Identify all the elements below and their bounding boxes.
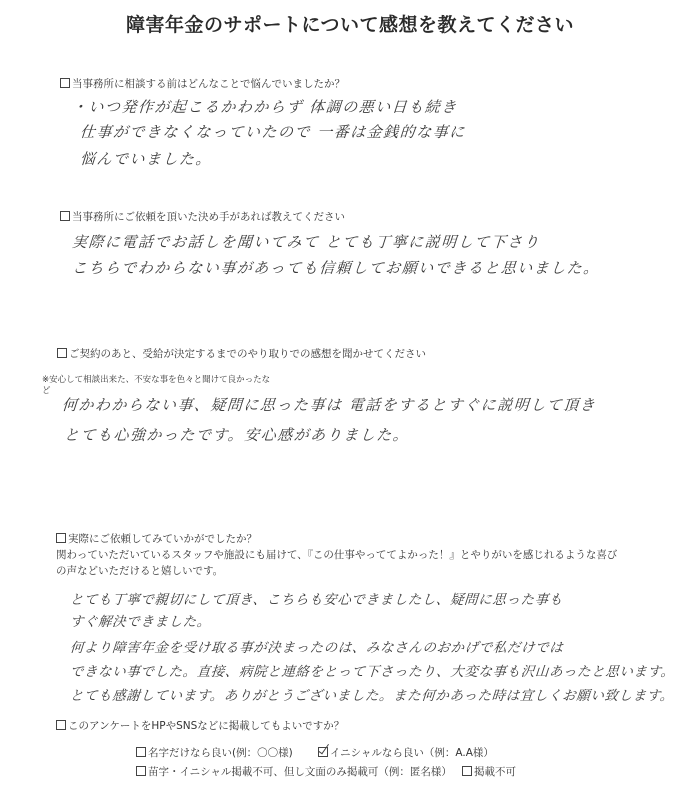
option-text-only[interactable]: 苗字・イニシャル掲載不可、但し文面のみ掲載可（例：匿名様） (136, 764, 452, 779)
answer-2-line-2: こちらでわからない事があっても信頼してお願いできると思いました。 (71, 257, 600, 278)
answer-4-line-1: とても丁寧で親切にして頂き、こちらも安心できましたし、疑問に思った事も (69, 588, 563, 608)
question-3-note-line-2: ど (42, 384, 51, 396)
checkbox-icon[interactable] (136, 747, 146, 757)
question-3-note-line-1: ※安心して相談出来た、不安な事を色々と聞けて良かったな (42, 373, 270, 385)
checkbox-icon[interactable] (462, 766, 472, 776)
answer-3-line-1: 何かわからない事、疑問に思った事は 電話をするとすぐに説明して頂き (61, 394, 597, 415)
answer-4-line-4: できない事でした。直接、病院と連絡をとって下さったり、大変な事も沢山あったと思い… (69, 660, 675, 680)
page-title: 障害年金のサポートについて感想を教えてください (0, 10, 700, 37)
question-4-label: 実際にご依頼してみていかがでしたか？ (56, 531, 257, 546)
question-5-label: このアンケートをHPやSNSなどに掲載してもよいですか？ (56, 718, 344, 733)
answer-1-line-2: 仕事ができなくなっていたので 一番は金銭的な事に (79, 121, 466, 142)
answer-4-line-2: すぐ解決できました。 (69, 610, 211, 630)
question-4-sub-line-1: 関わっていただいているスタッフや施設にも届けて、『この仕事やっててよかった！』と… (56, 547, 617, 562)
checkbox-icon (60, 211, 70, 221)
question-1-label: 当事務所に相談する前はどんなことで悩んでいましたか？ (60, 76, 345, 91)
checkbox-icon (57, 348, 67, 358)
question-3-label: ご契約のあと、受給が決定するまでのやり取りでの感想を聞かせてください (57, 346, 426, 361)
question-2-label: 当事務所にご依頼を頂いた決め手があれば教えてください (60, 209, 345, 224)
checkbox-icon[interactable] (136, 766, 146, 776)
answer-4-line-5: とても感謝しています。ありがとうございました。また何かあった時は宜しくお願い致し… (69, 684, 674, 704)
question-4-sub-line-2: の声などいただけると嬉しいです。 (56, 563, 223, 578)
option-initials-only[interactable]: イニシャルなら良い（例：A.A様） (318, 745, 494, 760)
checkbox-checked-icon[interactable] (318, 747, 328, 757)
checkbox-icon (56, 533, 66, 543)
option-no-publish[interactable]: 掲載不可 (462, 764, 516, 779)
checkbox-icon (60, 78, 70, 88)
option-surname-only[interactable]: 名字だけなら良い(例：〇〇様) (136, 745, 293, 760)
answer-2-line-1: 実際に電話でお話しを聞いてみて とても丁寧に説明して下さり (71, 231, 541, 252)
answer-3-line-2: とても心強かったです。安心感がありました。 (63, 424, 410, 445)
answer-4-line-3: 何より障害年金を受け取る事が決まったのは、みなさんのおかげで私だけでは (69, 636, 564, 656)
answer-1-line-3: 悩んでいました。 (79, 148, 212, 169)
checkbox-icon (56, 720, 66, 730)
answer-1-line-1: ・いつ発作が起こるかわからず 体調の悪い日も続き (71, 96, 458, 117)
